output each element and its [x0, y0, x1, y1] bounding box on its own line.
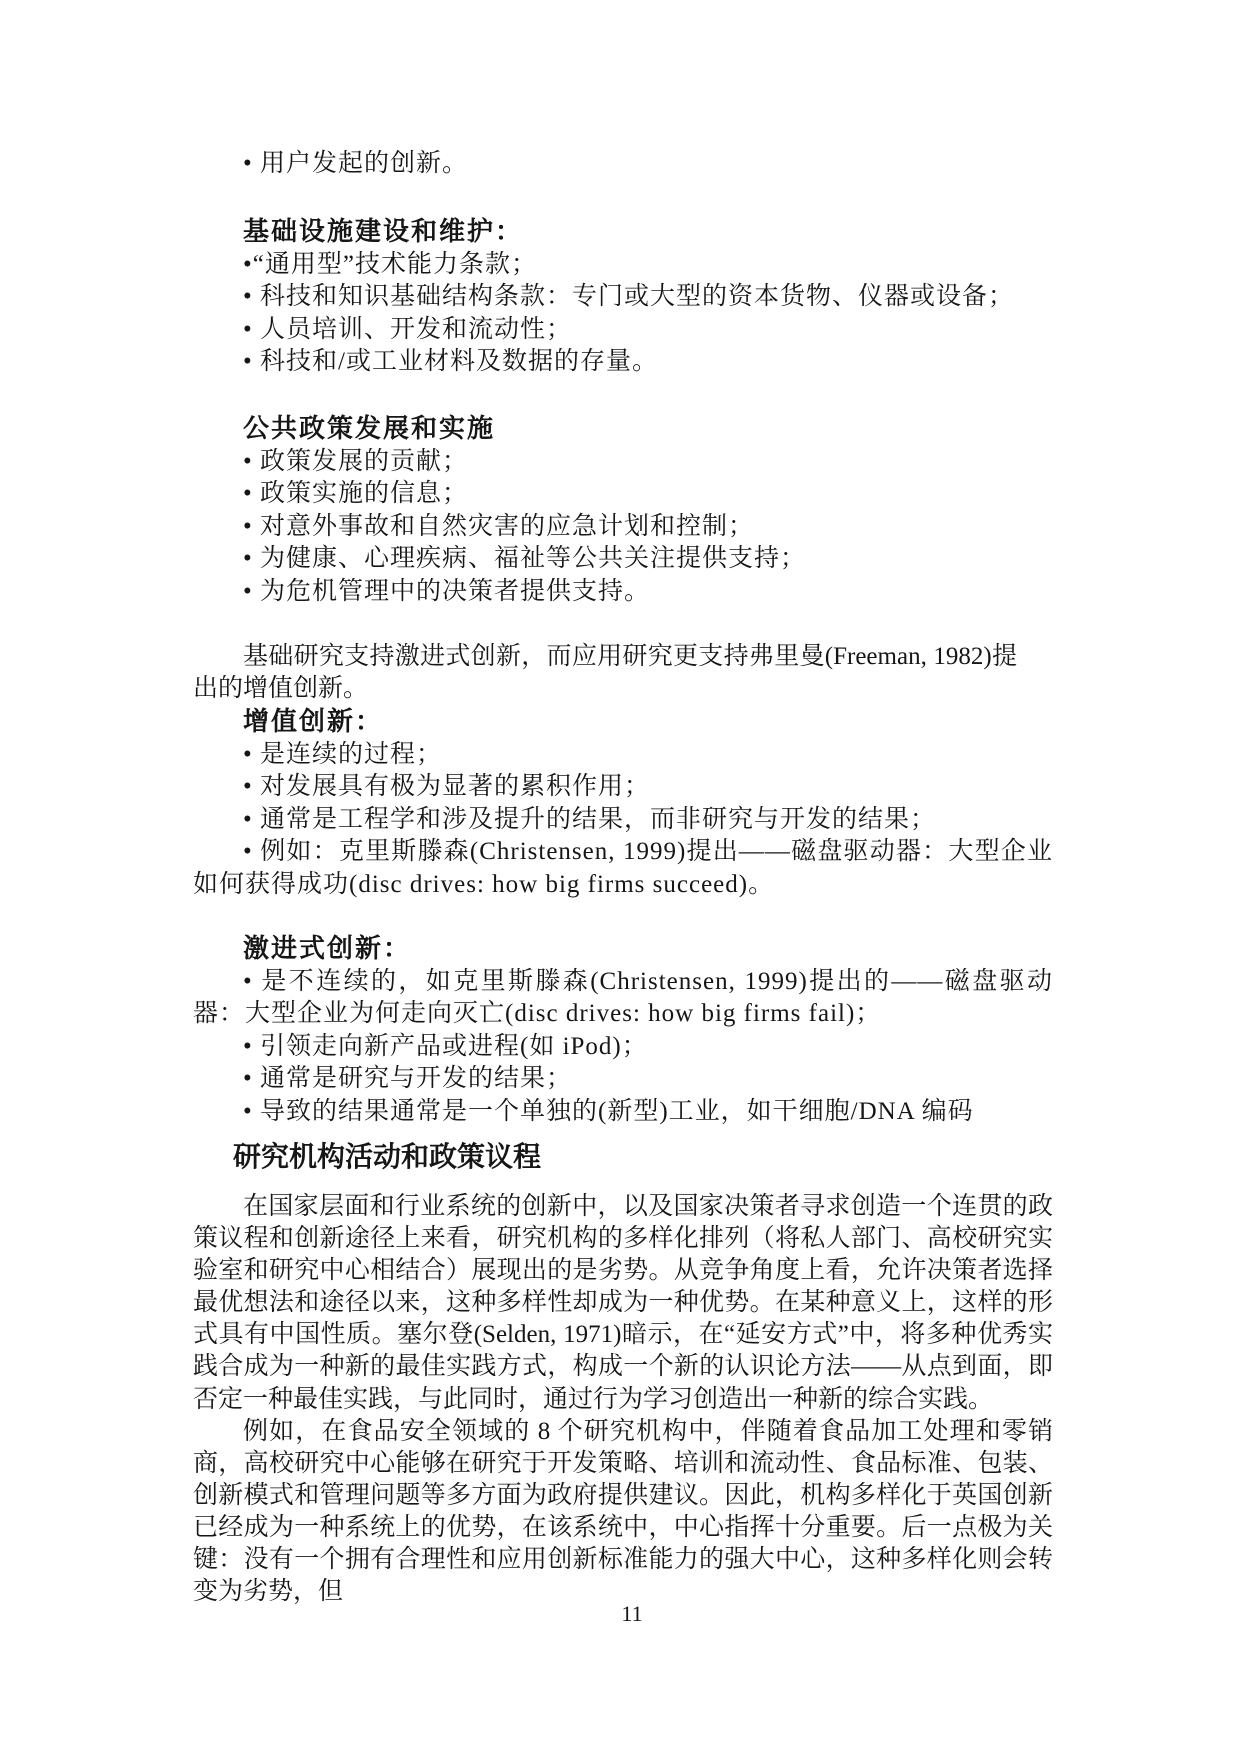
list-item: • 是不连续的，如克里斯滕森(Christensen, 1999)提出的——磁盘…: [193, 966, 1053, 1031]
section-heading-group: 研究机构活动和政策议程: [193, 1140, 1053, 1174]
list-item: • 是连续的过程；: [193, 739, 1053, 772]
paragraph: 在国家层面和行业系统的创新中，以及国家决策者寻求创造一个连贯的政策议程和创新途径…: [193, 1191, 1053, 1416]
infrastructure-section: 基础设施建设和维护： •“通用型”技术能力条款； • 科技和知识基础结构条款：专…: [193, 216, 1053, 379]
list-item: • 对发展具有极为显著的累积作用；: [193, 771, 1053, 804]
body-paragraph-group: 例如，在食品安全领域的 8 个研究机构中，伴随着食品加工处理和零销商，高校研究中…: [193, 1416, 1053, 1609]
list-heading: 激进式创新：: [193, 933, 1053, 966]
list-item: • 人员培训、开发和流动性；: [193, 314, 1053, 347]
list-item: • 为危机管理中的决策者提供支持。: [193, 576, 1053, 609]
list-heading: 公共政策发展和实施: [193, 413, 1053, 446]
user-innovation-item-group: • 用户发起的创新。: [193, 148, 1053, 181]
paragraph: 例如，在食品安全领域的 8 个研究机构中，伴随着食品加工处理和零销商，高校研究中…: [193, 1416, 1053, 1609]
list-item: • 政策发展的贡献；: [193, 446, 1053, 479]
list-item: • 通常是工程学和涉及提升的结果，而非研究与开发的结果；: [193, 804, 1053, 837]
radical-innovation-section: 激进式创新： • 是不连续的，如克里斯滕森(Christensen, 1999)…: [193, 933, 1053, 1128]
body-paragraph-group: 在国家层面和行业系统的创新中，以及国家决策者寻求创造一个连贯的政策议程和创新途径…: [193, 1191, 1053, 1416]
value-added-innovation-section: 增值创新： • 是连续的过程； • 对发展具有极为显著的累积作用； • 通常是工…: [193, 706, 1053, 901]
freeman-paragraph-group: 基础研究支持激进式创新，而应用研究更支持弗里曼(Freeman, 1982)提出…: [193, 641, 1017, 705]
list-item: • 引领走向新产品或进程(如 iPod)；: [193, 1031, 1053, 1064]
list-item: • 对意外事故和自然灾害的应急计划和控制；: [193, 511, 1053, 544]
list-heading: 基础设施建设和维护：: [193, 216, 1053, 249]
list-heading: 增值创新：: [193, 706, 1053, 739]
list-item: • 科技和/或工业材料及数据的存量。: [193, 346, 1053, 379]
section-heading: 研究机构活动和政策议程: [193, 1140, 1053, 1174]
list-item: • 导致的结果通常是一个单独的(新型)工业，如干细胞/DNA 编码: [193, 1096, 1053, 1129]
list-item: • 科技和知识基础结构条款：专门或大型的资本货物、仪器或设备；: [193, 281, 1053, 314]
page-number: 11: [0, 1600, 1240, 1628]
document-page: • 用户发起的创新。 基础设施建设和维护： •“通用型”技术能力条款； • 科技…: [0, 0, 1240, 1753]
list-item: • 用户发起的创新。: [193, 148, 1053, 181]
list-item: • 政策实施的信息；: [193, 478, 1053, 511]
list-item: •“通用型”技术能力条款；: [193, 249, 1053, 282]
paragraph: 基础研究支持激进式创新，而应用研究更支持弗里曼(Freeman, 1982)提出…: [193, 641, 1017, 705]
list-item: • 通常是研究与开发的结果；: [193, 1063, 1053, 1096]
list-item: • 例如：克里斯滕森(Christensen, 1999)提出——磁盘驱动器：大…: [193, 836, 1053, 901]
public-policy-section: 公共政策发展和实施 • 政策发展的贡献； • 政策实施的信息； • 对意外事故和…: [193, 413, 1053, 608]
list-item: • 为健康、心理疾病、福祉等公共关注提供支持；: [193, 543, 1053, 576]
